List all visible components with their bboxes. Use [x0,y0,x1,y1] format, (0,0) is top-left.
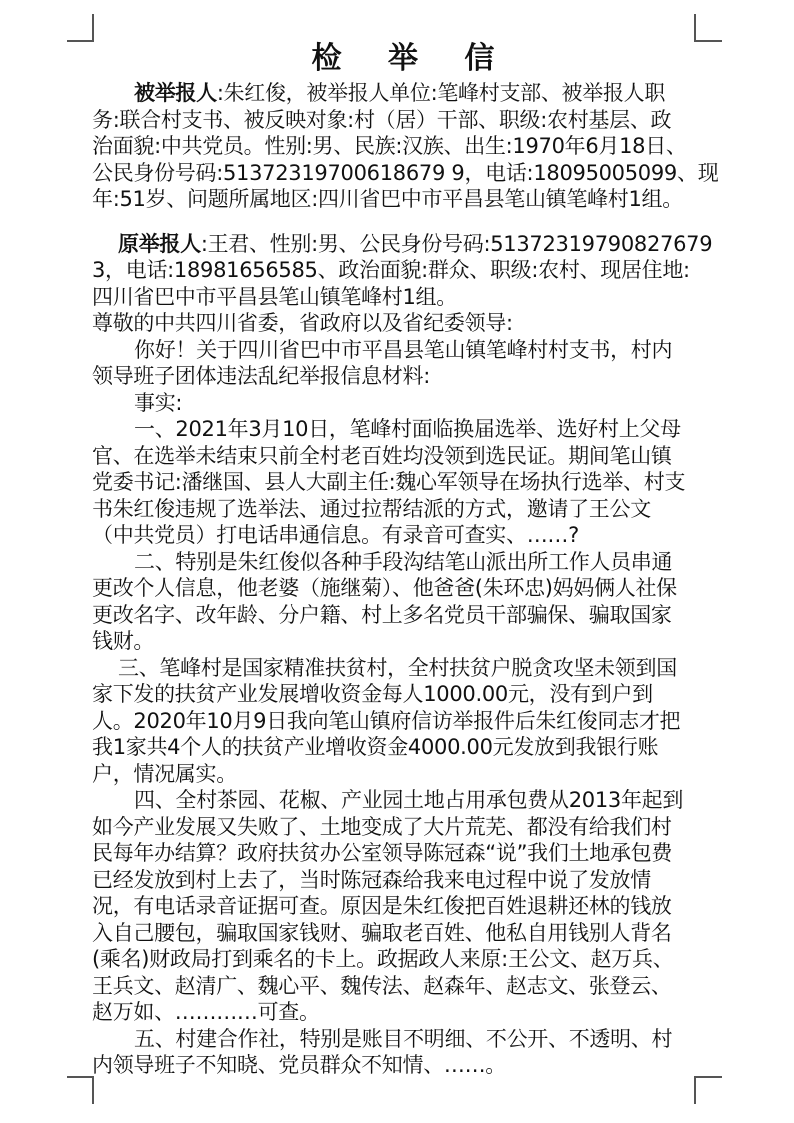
accused-line: 公民身份号码:51372319700618679 9，电话:1809500509… [92,160,714,187]
reporter-section: 原举报人:王君、性别:男、公民身份号码:51372319790827679 3，… [92,231,714,311]
salutation: 尊敬的中共四川省委，省政府以及省纪委领导: [92,310,714,337]
section-line: 户，情况属实。 [92,761,714,788]
section-line: 内领导班子不知晓、党员群众不知情、……。 [92,1052,714,1079]
section-line: 三、笔峰村是国家精准扶贫村，全村扶贫户脱贪攻坚未领到国 [92,655,714,682]
document-page: 检 举 信 被举报人:朱红俊，被举报人单位:笔峰村支部、被举报人职 务:联合村支… [92,38,714,1079]
crop-mark-bottom-left [67,1076,94,1104]
intro-line: 领导班子团体违法乱纪举报信息材料: [92,363,714,390]
section-line: 如今产业发展又失败了、土地变成了大片荒芜、都没有给我们村 [92,814,714,841]
crop-mark-top-left [67,14,94,42]
section-4: 四、全村茶园、花椒、产业园土地占用承包费从2013年起到 如今产业发展又失败了、… [92,787,714,1026]
section-line: 钱财。 [92,628,714,655]
reporter-label: 原举报人 [118,232,201,256]
paragraph-gap [92,213,714,231]
section-line: (乘名)财政局打到乘名的卡上。政据政人来原:王公文、赵万兵、 [92,946,714,973]
section-line: （中共党员）打电话串通信息。有录音可查实、……? [92,522,714,549]
accused-line: 被举报人:朱红俊，被举报人单位:笔峰村支部、被举报人职 [92,80,714,107]
section-line: 二、特别是朱红俊似各种手段沟结笔山派出所工作人员串通 [92,549,714,576]
crop-mark-bottom-right [694,1076,722,1104]
section-line: 赵万如、…………可查。 [92,999,714,1026]
section-line: 民每年办结算？政府扶贫办公室领导陈冠森“说”我们土地承包费 [92,840,714,867]
section-line: 官、在选举未结束只前全村老百姓均没领到选民证。期间笔山镇 [92,443,714,470]
section-3: 三、笔峰村是国家精准扶贫村，全村扶贫户脱贪攻坚未领到国 家下发的扶贫产业发展增收… [92,655,714,788]
section-1: 一、2021年3月10日，笔峰村面临换届选举、选好村上父母 官、在选举未结束只前… [92,416,714,549]
section-line: 入自己腰包，骗取国家钱财、骗取老百姓、他私自用钱别人背名 [92,920,714,947]
document-title: 检 举 信 [110,38,714,80]
section-line: 党委书记:潘继国、县人大副主任:魏心军领导在场执行选举、村支 [92,469,714,496]
section-line: 更改名字、改年龄、分户籍、村上多名党员干部骗保、骗取国家 [92,602,714,629]
section-line: 我1家共4个人的扶贫产业增收资金4000.00元发放到我银行账 [92,734,714,761]
section-line: 更改个人信息，他老婆（施继菊）、他爸爸(朱环忠)妈妈俩人社保 [92,575,714,602]
section-line: 人。2020年10月9日我向笔山镇府信访举报件后朱红俊同志才把 [92,708,714,735]
section-line: 书朱红俊违规了选举法、通过拉帮结派的方式，邀请了王公文 [92,496,714,523]
section-5: 五、村建合作社，特别是账目不明细、不公开、不透明、村 内领导班子不知晓、党员群众… [92,1026,714,1079]
accused-line: 治面貌:中共党员。性别:男、民族:汉族、出生:1970年6月18日、 [92,133,714,160]
section-line: 况，有电话录音证据可查。原因是朱红俊把百姓退耕还林的钱放 [92,893,714,920]
section-line: 五、村建合作社，特别是账目不明细、不公开、不透明、村 [92,1026,714,1053]
intro-line: 你好！关于四川省巴中市平昌县笔山镇笔峰村村支书，村内 [92,337,714,364]
section-line: 王兵文、赵清广、魏心平、魏传法、赵森年、赵志文、张登云、 [92,973,714,1000]
section-line: 一、2021年3月10日，笔峰村面临换届选举、选好村上父母 [92,416,714,443]
reporter-line: 原举报人:王君、性别:男、公民身份号码:51372319790827679 [92,231,714,258]
accused-label: 被举报人 [134,81,217,105]
section-line: 四、全村茶园、花椒、产业园土地占用承包费从2013年起到 [92,787,714,814]
section-line: 已经发放到村上去了，当时陈冠森给我来电过程中说了发放情 [92,867,714,894]
section-line: 家下发的扶贫产业发展增收资金每人1000.00元，没有到户到 [92,681,714,708]
accused-section: 被举报人:朱红俊，被举报人单位:笔峰村支部、被举报人职 务:联合村支书、被反映对… [92,80,714,213]
accused-line: 务:联合村支书、被反映对象:村（居）干部、职级:农村基层、政 [92,107,714,134]
accused-line: 年:51岁、问题所属地区:四川省巴中市平昌县笔山镇笔峰村1组。 [92,186,714,213]
facts-label: 事实: [92,390,714,417]
section-2: 二、特别是朱红俊似各种手段沟结笔山派出所工作人员串通 更改个人信息，他老婆（施继… [92,549,714,655]
reporter-line: 3，电话:18981656585、政治面貌:群众、职级:农村、现居住地: [92,257,714,284]
reporter-line: 四川省巴中市平昌县笔山镇笔峰村1组。 [92,284,714,311]
